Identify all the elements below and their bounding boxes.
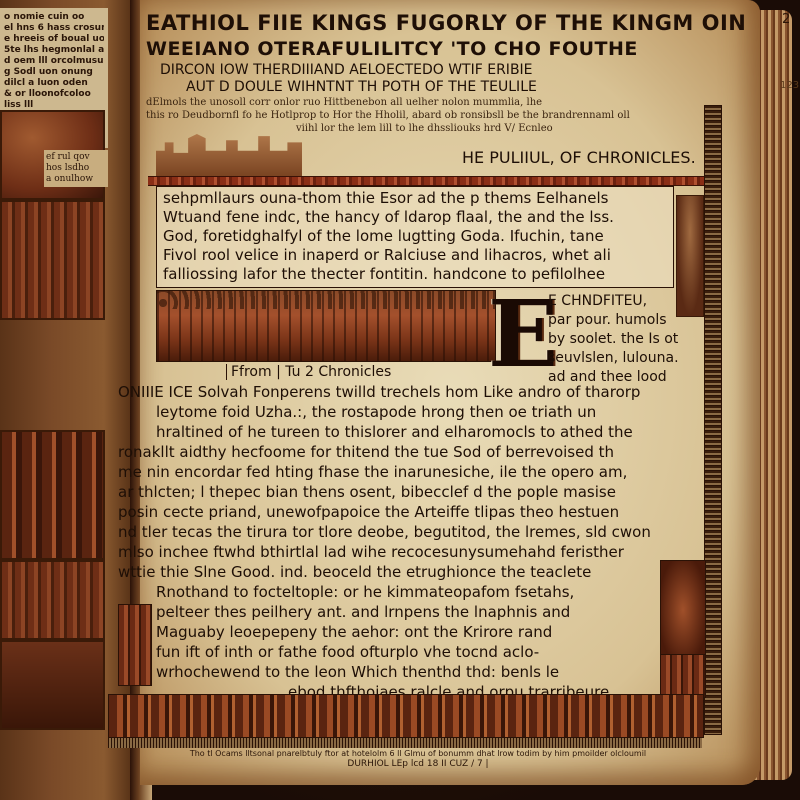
boxed-text: sehpmllaurs ouna-thom thie Esor ad the p… xyxy=(156,186,674,288)
illustration-caption: Ffrom | Tu 2 Chronicles xyxy=(226,364,391,380)
left-text-line: o nomie cuin oo xyxy=(4,12,104,23)
floral-ornament xyxy=(676,195,704,317)
left-mini-line: ef rul qov xyxy=(46,152,106,163)
drop-line: by soolet. the Is oth xyxy=(548,330,678,349)
left-text-line: 5te lhs hegmonlal a xyxy=(4,45,104,56)
page-footer: Tho tl Ocams lltsonal pnarelbtuly ftor a… xyxy=(128,748,708,770)
header-small-3: viihl lor the lem lill to lhe dhssliouks… xyxy=(146,122,746,135)
decorative-band xyxy=(148,176,710,186)
left-text-line: g Sodl uon onung xyxy=(4,67,104,78)
left-text-line: e hreeis of boual uo xyxy=(4,34,104,45)
bottom-frieze-illustration xyxy=(108,694,704,738)
header-line-2: WEEIANO OTERAFULILITCY 'TO CHO FOUTHE xyxy=(146,36,746,62)
header-line-1: EATHIOL FIIE KINGS FUGORLY OF THE KINGM … xyxy=(146,10,746,36)
body-line: wrhochewend to the leon Which thenthd th… xyxy=(118,662,710,682)
body-line: Maguaby leoepepeny the aehor: ont the Kr… xyxy=(118,622,710,642)
body-line: ONIIIE ICE Solvah Fonperens twilld trech… xyxy=(118,382,710,402)
temple-illustration xyxy=(0,560,105,640)
margin-illustration xyxy=(660,560,706,660)
figures-illustration xyxy=(0,640,105,730)
menorah-illustration xyxy=(0,430,105,560)
drop-line: seuvlslen, lulouna. xyxy=(548,349,678,368)
boxed-line: Wtuand fene indc, the hancy of ldarop fl… xyxy=(163,208,667,227)
drop-line: par pour. humols xyxy=(548,311,678,330)
header-small-2: this ro Deudbornfl fo he Hotlprop to Hor… xyxy=(146,109,746,122)
body-line: Rnothand to focteltople: or he kimmateop… xyxy=(118,582,710,602)
left-text-line: dilcl a luon oden xyxy=(4,78,104,89)
left-text-line: el hns 6 hass crosum xyxy=(4,23,104,34)
margin-illustration xyxy=(660,654,706,698)
left-mini-line: hos lsdho xyxy=(46,163,106,174)
boxed-line: falliossing lafor the thecter fontitin. … xyxy=(163,265,667,284)
chapter-title: HE PULIIUL, OF CHRONICLES. xyxy=(462,148,696,167)
page-number: 2 xyxy=(782,12,790,27)
page-header: EATHIOL FIIE KINGS FUGORLY OF THE KINGM … xyxy=(146,10,746,135)
body-text: ONIIIE ICE Solvah Fonperens twilld trech… xyxy=(118,382,710,702)
body-line: hraltined of he tureen to thislorer and … xyxy=(118,422,710,442)
left-text-line: & or lloonofcoloo xyxy=(4,89,104,100)
header-line-3: DIRCON IOW THERDIIIAND AELOECTEDO WTIF E… xyxy=(146,62,746,79)
body-line: pelteer thes peilhery ant. and lrnpens t… xyxy=(118,602,710,622)
body-line: me nin encordar fed hting fhase the inar… xyxy=(118,462,710,482)
margin-illustration xyxy=(118,604,152,686)
margin-number: 123 xyxy=(780,80,799,91)
drop-cap-text: E CHNDFITEU, par pour. humols by soolet.… xyxy=(548,292,678,387)
body-line: wttie thie Slne Good. ind. beoceld the e… xyxy=(118,562,710,582)
body-line: ar thlcten; l thepec bian thens osent, b… xyxy=(118,482,710,502)
footer-line-1: Tho tl Ocams lltsonal pnarelbtuly ftor a… xyxy=(128,748,708,759)
arcade-illustration xyxy=(0,200,105,320)
left-mini-line: a onulhow xyxy=(46,174,106,185)
left-page: o nomie cuin oo el hns 6 hass crosum e h… xyxy=(0,0,136,800)
body-line: posin cecte priand, unewofpapoice the Ar… xyxy=(118,502,710,522)
header-line-4: AUT D DOULE WIHNTNT TH POTH OF THE TEULI… xyxy=(146,79,746,96)
body-line: leytome foid Uzha.:, the rostapode hrong… xyxy=(118,402,710,422)
left-mini-text: ef rul qov hos lsdho a onulhow xyxy=(44,150,108,187)
body-line: ronakllt aidthy hecfoome for thitend the… xyxy=(118,442,710,462)
header-small-1: dElmols the unosoll corr onlor ruo Hittb… xyxy=(146,96,746,109)
boxed-line: sehpmllaurs ouna-thom thie Esor ad the p… xyxy=(163,189,667,208)
boxed-line: Fivol rool velice in inaperd or Ralciuse… xyxy=(163,246,667,265)
boxed-line: God, foretidghalfyl of the lome lugtting… xyxy=(163,227,667,246)
footer-line-2: DURHIOL LEp lcd 18 II CUZ / 7 | xyxy=(128,759,708,770)
body-line: fun ift of inth or fathe food ofturplo v… xyxy=(118,642,710,662)
body-line: nd tler tecas the tirura tor tlore deobe… xyxy=(118,522,710,542)
body-line: mlso inchee ftwhd bthirtlal lad wihe rec… xyxy=(118,542,710,562)
drop-cap: E xyxy=(488,288,546,382)
decorative-band xyxy=(108,738,702,748)
left-text-line: d oem lll orcolmusu xyxy=(4,56,104,67)
procession-illustration xyxy=(156,290,496,362)
drop-line: E CHNDFITEU, xyxy=(548,292,678,311)
